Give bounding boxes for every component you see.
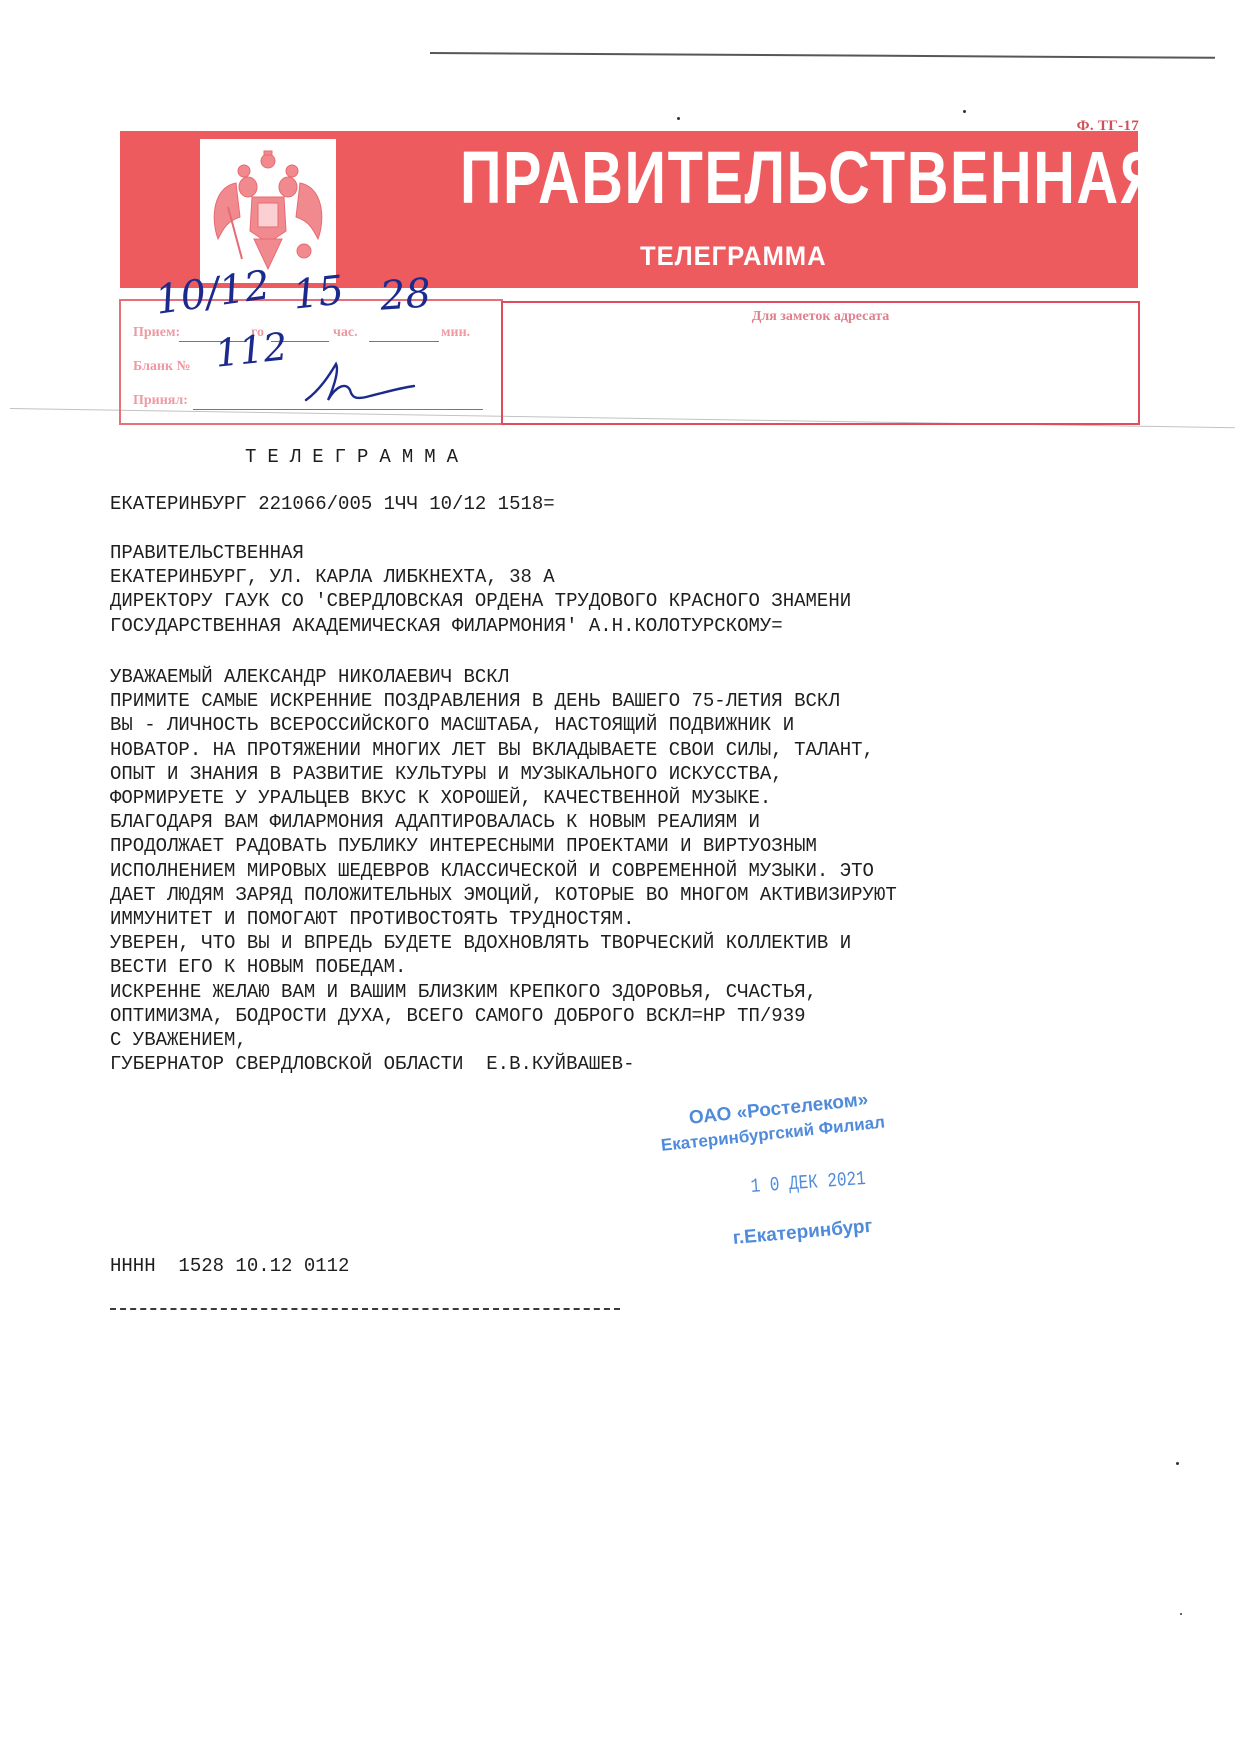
text-line: ФОРМИРУЕТЕ У УРАЛЬЦЕВ ВКУС К ХОРОШЕЙ, КА… — [110, 786, 897, 810]
emblem-frame — [200, 139, 336, 283]
accepted-label: Принял: — [133, 393, 188, 409]
banner-title: ПРАВИТЕЛЬСТВЕННАЯ — [460, 141, 975, 215]
text-line: ДИРЕКТОРУ ГАУК СО 'СВЕРДЛОВСКАЯ ОРДЕНА Т… — [110, 589, 851, 613]
banner-subtitle: ТЕЛЕГРАММА — [640, 241, 827, 272]
service-line: ЕКАТЕРИНБУРГ 221066/005 1ЧЧ 10/12 1518= — [110, 492, 555, 516]
stamp-date: 1 0 ДЕК 2021 — [750, 1168, 867, 1199]
russian-coat-of-arms-icon — [206, 147, 330, 277]
handwritten-minute: 28 — [378, 270, 432, 319]
text-line: БЛАГОДАРЯ ВАМ ФИЛАРМОНИЯ АДАПТИРОВАЛАСЬ … — [110, 810, 897, 834]
address-block: ПРАВИТЕЛЬСТВЕННАЯЕКАТЕРИНБУРГ, УЛ. КАРЛА… — [110, 541, 851, 638]
text-line: ВЕСТИ ЕГО К НОВЫМ ПОБЕДАМ. — [110, 955, 897, 979]
text-line: ВЫ - ЛИЧНОСТЬ ВСЕРОССИЙСКОГО МАСШТАБА, Н… — [110, 713, 897, 737]
text-line: ПРОДОЛЖАЕТ РАДОВАТЬ ПУБЛИКУ ИНТЕРЕСНЫМИ … — [110, 834, 897, 858]
received-label: Прием: — [133, 325, 180, 341]
text-line: УВЕРЕН, ЧТО ВЫ И ВПРЕДЬ БУДЕТЕ ВДОХНОВЛЯ… — [110, 931, 897, 955]
scan-speck — [1176, 1462, 1179, 1465]
text-line: ОПЫТ И ЗНАНИЯ В РАЗВИТИЕ КУЛЬТУРЫ И МУЗЫ… — [110, 762, 897, 786]
text-line: ИСПОЛНЕНИЕМ МИРОВЫХ ШЕДЕВРОВ КЛАССИЧЕСКО… — [110, 859, 897, 883]
recipient-notes-box: Для заметок адресата — [501, 301, 1140, 425]
scan-artifact-line — [430, 52, 1215, 59]
text-line: УВАЖАЕМЫЙ АЛЕКСАНДР НИКОЛАЕВИЧ ВСКЛ — [110, 665, 897, 689]
telegram-heading: ТЕЛЕГРАММА — [245, 446, 469, 468]
text-line: ИММУНИТЕТ И ПОМОГАЮТ ПРОТИВОСТОЯТЬ ТРУДН… — [110, 907, 897, 931]
text-line: ГОСУДАРСТВЕННАЯ АКАДЕМИЧЕСКАЯ ФИЛАРМОНИЯ… — [110, 614, 851, 638]
scan-speck — [677, 117, 680, 120]
end-dashed-line — [110, 1308, 620, 1310]
text-line: ГУБЕРНАТОР СВЕРДЛОВСКОЙ ОБЛАСТИ Е.В.КУЙВ… — [110, 1052, 897, 1076]
scan-speck — [1180, 1613, 1182, 1615]
blank-number-label: Бланк № — [133, 359, 191, 375]
text-line: ИСКРЕННЕ ЖЕЛАЮ ВАМ И ВАШИМ БЛИЗКИМ КРЕПК… — [110, 980, 897, 1004]
received-min-line — [369, 341, 439, 342]
text-line: С УВАЖЕНИЕМ, — [110, 1028, 897, 1052]
handwritten-hour: 15 — [291, 267, 346, 318]
text-line: ПРАВИТЕЛЬСТВЕННАЯ — [110, 541, 851, 565]
stamp-city: г.Екатеринбург — [732, 1216, 873, 1250]
header-banner: ПРАВИТЕЛЬСТВЕННАЯ ТЕЛЕГРАММА — [120, 131, 1138, 288]
footer-service-line: НННН 1528 10.12 0112 — [110, 1254, 349, 1278]
received-min-suffix: мин. — [441, 325, 470, 341]
text-line: НОВАТОР. НА ПРОТЯЖЕНИИ МНОГИХ ЛЕТ ВЫ ВКЛ… — [110, 738, 897, 762]
handwritten-blank-number: 112 — [213, 324, 290, 375]
text-line: ЕКАТЕРИНБУРГ, УЛ. КАРЛА ЛИБКНЕХТА, 38 А — [110, 565, 851, 589]
handwritten-signature — [300, 360, 420, 410]
text-line: ДАЕТ ЛЮДЯМ ЗАРЯД ПОЛОЖИТЕЛЬНЫХ ЭМОЦИЙ, К… — [110, 883, 897, 907]
received-hour-suffix: час. — [333, 325, 358, 341]
text-line: ОПТИМИЗМА, БОДРОСТИ ДУХА, ВСЕГО САМОГО Д… — [110, 1004, 897, 1028]
text-line: ПРИМИТЕ САМЫЕ ИСКРЕННИЕ ПОЗДРАВЛЕНИЯ В Д… — [110, 689, 897, 713]
notes-label: Для заметок адресата — [503, 309, 1138, 325]
message-body: УВАЖАЕМЫЙ АЛЕКСАНДР НИКОЛАЕВИЧ ВСКЛПРИМИ… — [110, 665, 897, 1076]
scan-speck — [963, 110, 966, 113]
